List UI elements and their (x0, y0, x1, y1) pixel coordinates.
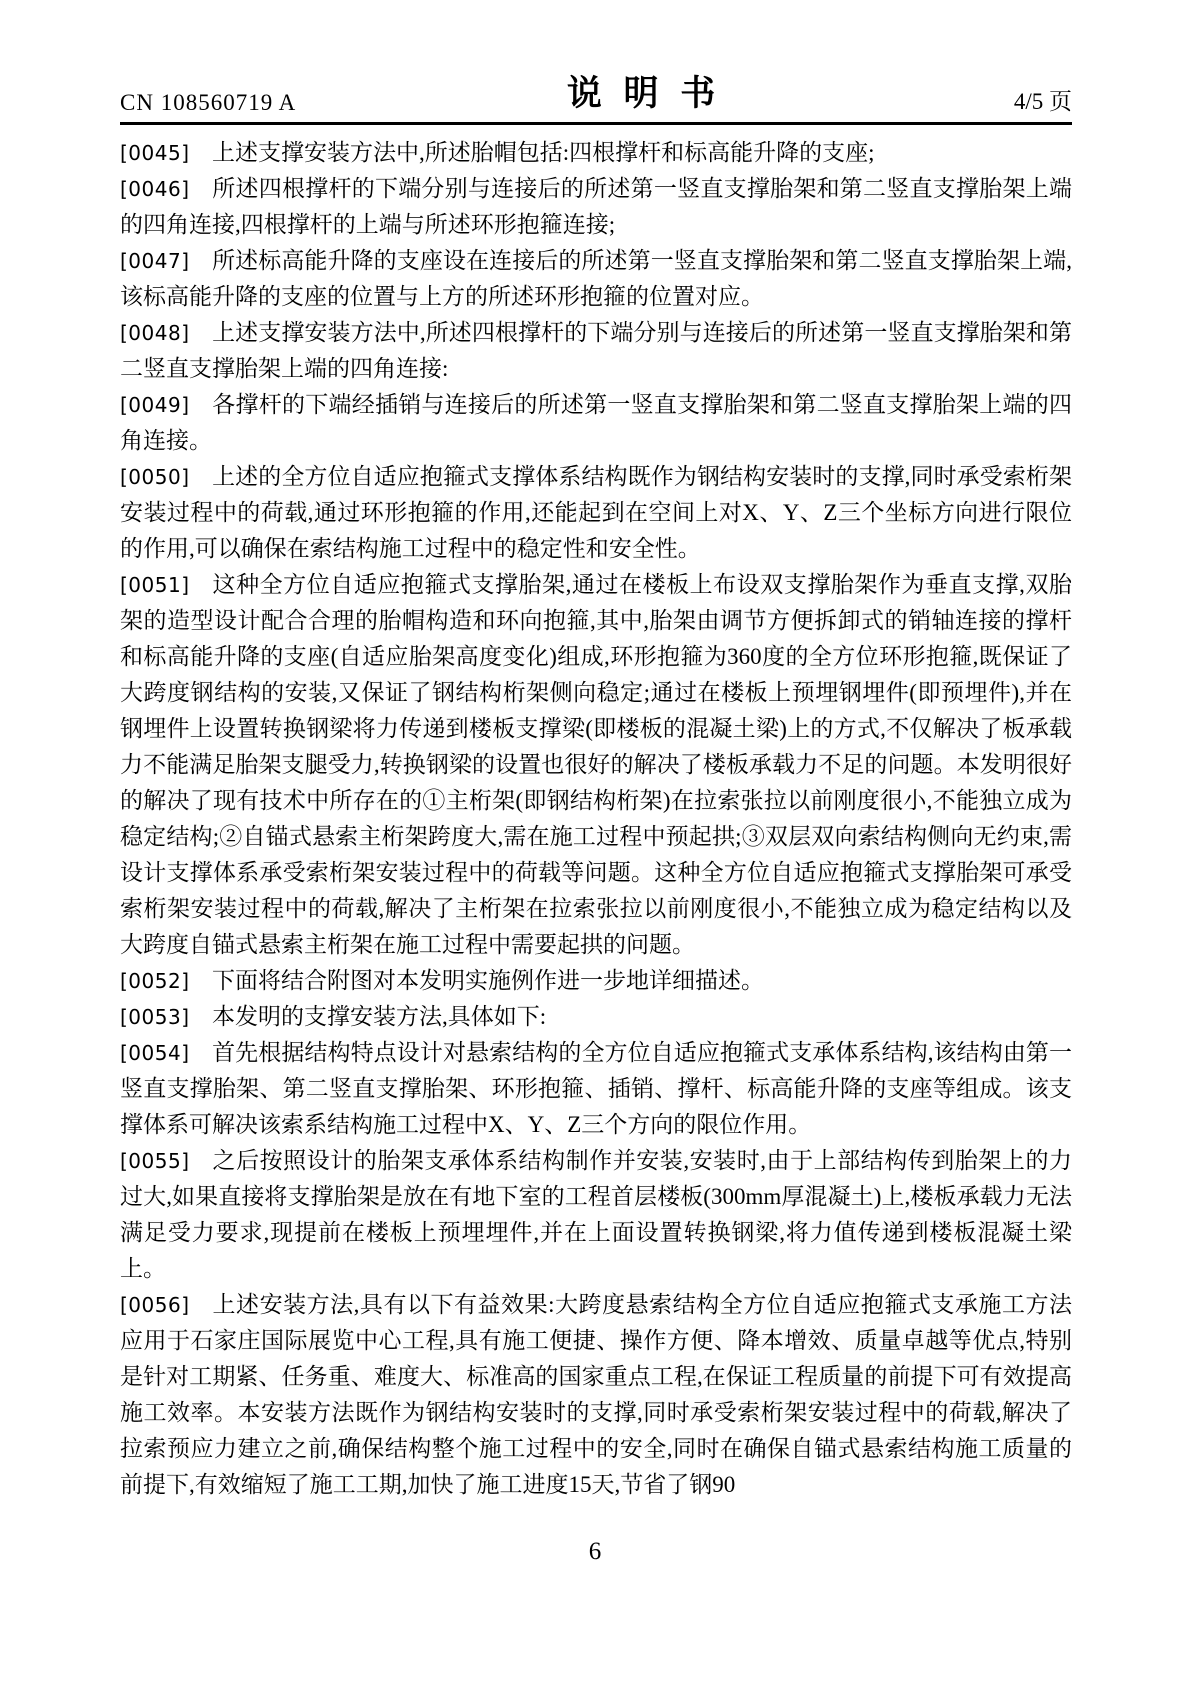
paragraph-number: [0052] (120, 963, 212, 999)
patent-specification-page: CN 108560719 A 说明书 4/5 页 [0045]上述支撑安装方法中… (0, 0, 1190, 1684)
paragraph-number: [0045] (120, 135, 212, 171)
paragraph-0050: [0050]上述的全方位自适应抱箍式支撑体系结构既作为钢结构安装时的支撑,同时承… (120, 459, 1072, 567)
paragraph-0045: [0045]上述支撑安装方法中,所述胎帽包括:四根撑杆和标高能升降的支座; (120, 135, 1072, 171)
paragraph-text: 首先根据结构特点设计对悬索结构的全方位自适应抱箍式支承体系结构,该结构由第一竖直… (120, 1040, 1072, 1137)
patent-number: CN 108560719 A (120, 90, 296, 116)
paragraph-text: 这种全方位自适应抱箍式支撑胎架,通过在楼板上布设双支撑胎架作为垂直支撑,双胎架的… (120, 572, 1072, 957)
paragraph-0049: [0049]各撑杆的下端经插销与连接后的所述第一竖直支撑胎架和第二竖直支撑胎架上… (120, 387, 1072, 459)
page-indicator: 4/5 页 (1014, 83, 1072, 116)
specification-body: [0045]上述支撑安装方法中,所述胎帽包括:四根撑杆和标高能升降的支座; [0… (120, 135, 1072, 1503)
paragraph-number: [0046] (120, 171, 212, 207)
paragraph-text: 所述标高能升降的支座设在连接后的所述第一竖直支撑胎架和第二竖直支撑胎架上端,该标… (120, 248, 1072, 309)
paragraph-0051: [0051]这种全方位自适应抱箍式支撑胎架,通过在楼板上布设双支撑胎架作为垂直支… (120, 567, 1072, 963)
paragraph-number: [0056] (120, 1287, 212, 1323)
paragraph-text: 上述的全方位自适应抱箍式支撑体系结构既作为钢结构安装时的支撑,同时承受索桁架安装… (120, 464, 1072, 561)
paragraph-text: 之后按照设计的胎架支承体系结构制作并安装,安装时,由于上部结构传到胎架上的力过大… (120, 1148, 1072, 1281)
document-title: 说明书 (545, 66, 737, 116)
paragraph-text: 下面将结合附图对本发明实施例作进一步地详细描述。 (212, 968, 764, 993)
paragraph-number: [0054] (120, 1035, 212, 1071)
paragraph-0053: [0053]本发明的支撑安装方法,具体如下: (120, 999, 1072, 1035)
paragraph-number: [0051] (120, 567, 212, 603)
paragraph-text: 上述支撑安装方法中,所述四根撑杆的下端分别与连接后的所述第一竖直支撑胎架和第二竖… (120, 320, 1072, 381)
page-footer: 6 (0, 1538, 1190, 1566)
paragraph-text: 本发明的支撑安装方法,具体如下: (212, 1004, 546, 1029)
paragraph-0048: [0048]上述支撑安装方法中,所述四根撑杆的下端分别与连接后的所述第一竖直支撑… (120, 315, 1072, 387)
paragraph-0052: [0052]下面将结合附图对本发明实施例作进一步地详细描述。 (120, 963, 1072, 999)
paragraph-text: 所述四根撑杆的下端分别与连接后的所述第一竖直支撑胎架和第二竖直支撑胎架上端的四角… (120, 176, 1072, 237)
paragraph-0047: [0047]所述标高能升降的支座设在连接后的所述第一竖直支撑胎架和第二竖直支撑胎… (120, 243, 1072, 315)
paragraph-number: [0053] (120, 999, 212, 1035)
page-number: 6 (589, 1538, 602, 1565)
paragraph-0056: [0056]上述安装方法,具有以下有益效果:大跨度悬索结构全方位自适应抱箍式支承… (120, 1287, 1072, 1503)
paragraph-text: 上述支撑安装方法中,所述胎帽包括:四根撑杆和标高能升降的支座; (212, 140, 875, 165)
page-header: CN 108560719 A 说明书 4/5 页 (120, 66, 1072, 116)
paragraph-0054: [0054]首先根据结构特点设计对悬索结构的全方位自适应抱箍式支承体系结构,该结… (120, 1035, 1072, 1143)
paragraph-number: [0048] (120, 315, 212, 351)
header-rule (120, 122, 1072, 125)
paragraph-0055: [0055]之后按照设计的胎架支承体系结构制作并安装,安装时,由于上部结构传到胎… (120, 1143, 1072, 1287)
paragraph-0046: [0046]所述四根撑杆的下端分别与连接后的所述第一竖直支撑胎架和第二竖直支撑胎… (120, 171, 1072, 243)
paragraph-number: [0050] (120, 459, 212, 495)
paragraph-number: [0047] (120, 243, 212, 279)
paragraph-text: 上述安装方法,具有以下有益效果:大跨度悬索结构全方位自适应抱箍式支承施工方法应用… (120, 1292, 1072, 1497)
paragraph-number: [0055] (120, 1143, 212, 1179)
paragraph-number: [0049] (120, 387, 212, 423)
paragraph-text: 各撑杆的下端经插销与连接后的所述第一竖直支撑胎架和第二竖直支撑胎架上端的四角连接… (120, 392, 1072, 453)
